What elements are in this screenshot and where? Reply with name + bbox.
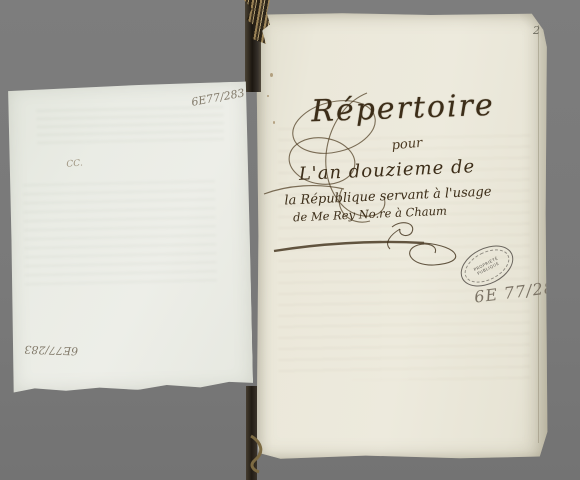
faint-ink-mark: CC. [66,158,83,169]
foxing-spot [267,95,269,97]
page-number: 2 [533,24,540,37]
document-title: Répertoire [279,87,526,131]
foxing-spot [273,121,275,124]
underlying-page-edge [538,25,539,444]
foxing-spot [270,73,273,77]
loose-paper-sheet: 6E77/283 CC. 6E77/283 [7,82,253,393]
manuscript-page: 2 Répertoire pour L'an douzieme de la Ré… [254,11,548,461]
binding-tie-thread [247,434,269,474]
archival-scan-canvas: 2 Répertoire pour L'an douzieme de la Ré… [0,0,580,480]
archival-reference-paper-bottom-inverted: 6E77/283 [24,343,78,358]
